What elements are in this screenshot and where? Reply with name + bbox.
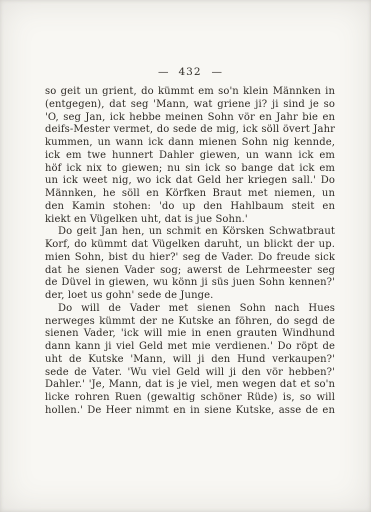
- text-line: de Düvel in giewen, wu könn ji süs juen …: [45, 277, 335, 290]
- text-line: Do geit Jan hen, un schmit en Körsken Sc…: [45, 226, 335, 239]
- header-dash-left: —: [158, 66, 169, 78]
- text-line: sienen Vader, 'ick will mie in enen grau…: [45, 328, 335, 341]
- text-block: so geit un grient, do kümmt em so'n klei…: [45, 86, 335, 418]
- text-line: uht de Kutske 'Mann, will ji den Hund ve…: [45, 354, 335, 367]
- text-line: mien Sohn, bist du hier?' seg de Vader. …: [45, 252, 335, 265]
- header-dash-right: —: [212, 66, 223, 78]
- paragraph: so geit un grient, do kümmt em so'n klei…: [45, 86, 335, 226]
- text-line: dann kann ji viel Geld met mie verdienen…: [45, 341, 335, 354]
- text-line: nerweges kümmt der ne Kutske an föhren, …: [45, 316, 335, 329]
- text-line: den Kamin stohen: 'do up den Hahlbaum st…: [45, 201, 335, 214]
- paragraph: Do geit Jan hen, un schmit en Körsken Sc…: [45, 226, 335, 303]
- paragraph: Do will de Vader met sienen Sohn nach Hu…: [45, 303, 335, 418]
- text-line: Korf, do kümmt dat Vügelken daruht, un b…: [45, 239, 335, 252]
- text-line: Dahler.' 'Je, Mann, dat is je viel, men …: [45, 379, 335, 392]
- book-page: —432— so geit un grient, do kümmt em so'…: [0, 0, 371, 512]
- text-line: kiekt en Vügelken uht, dat is jue Sohn.': [45, 214, 335, 227]
- text-line: deifs-Mester vermet, do sede de mig, ick…: [45, 124, 335, 137]
- page-content: —432— so geit un grient, do kümmt em so'…: [45, 66, 335, 418]
- page-header: —432—: [45, 66, 335, 78]
- text-line: Do will de Vader met sienen Sohn nach Hu…: [45, 303, 335, 316]
- text-line: kummen, un wann ick dann mienen Sohn nig…: [45, 137, 335, 150]
- text-line: höf ick nix to giewen; nu sin ick so ban…: [45, 163, 335, 176]
- text-line: un ick weet nig, wo ick dat Geld her kri…: [45, 175, 335, 188]
- text-line: sede de Vater. 'Wu viel Geld will ji den…: [45, 367, 335, 380]
- text-line: so geit un grient, do kümmt em so'n klei…: [45, 86, 335, 99]
- text-line: (entgegen), dat seg 'Mann, wat griene ji…: [45, 99, 335, 112]
- text-line: ick em twe hunnert Dahler giewen, un wan…: [45, 150, 335, 163]
- text-line: Männken, he söll en Körfken Braut met ni…: [45, 188, 335, 201]
- text-line: dat he sienen Vader sog; awerst de Lehrm…: [45, 265, 335, 278]
- text-line: licke rohren Ruen (gewaltig schöner Rüde…: [45, 392, 335, 405]
- page-number: 432: [178, 66, 201, 78]
- text-line: hollen.' De Heer nimmt en in siene Kutsk…: [45, 405, 335, 418]
- text-line: 'O, seg Jan, ick hebbe meinen Sohn vör e…: [45, 112, 335, 125]
- text-line: der, loet us gohn' sede de Junge.: [45, 290, 335, 303]
